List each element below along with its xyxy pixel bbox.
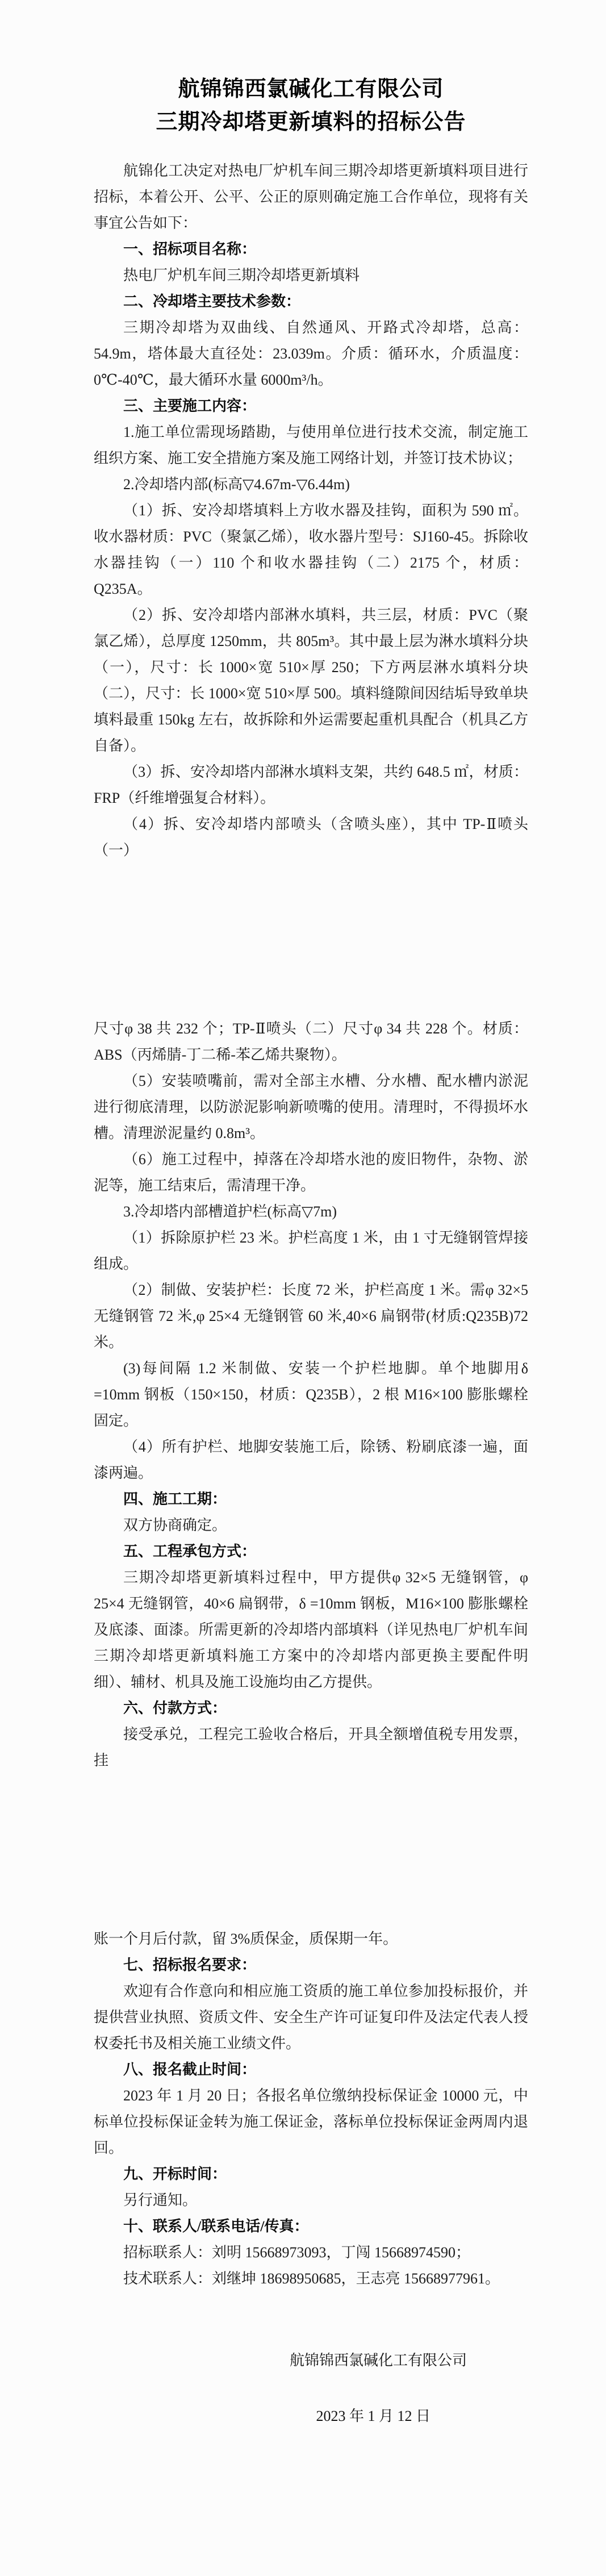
paragraph: （2）拆、安冷却塔内部淋水填料，共三层，材质：PVC（聚氯乙烯），总厚度 125… bbox=[94, 602, 528, 759]
section-heading: 三、主要施工内容： bbox=[94, 393, 528, 419]
section-heading: 二、冷却塔主要技术参数： bbox=[94, 289, 528, 315]
signature-date: 2023 年 1 月 12 日 bbox=[94, 2403, 528, 2429]
paragraph: （4）所有护栏、地脚安装施工后，除锈、粉刷底漆一遍，面漆两遍。 bbox=[94, 1434, 528, 1486]
document-title-line2: 三期冷却塔更新填料的招标公告 bbox=[94, 106, 528, 139]
page-break-gap bbox=[94, 1774, 528, 1926]
document-body: 航锦化工决定对热电厂炉机车间三期冷却塔更新填料项目进行招标，本着公开、公平、公正… bbox=[94, 158, 528, 2292]
paragraph: 1.施工单位需现场踏勘，与使用单位进行技术交流，制定施工组织方案、施工安全措施方… bbox=[94, 419, 528, 472]
page-break-gap bbox=[94, 864, 528, 1016]
paragraph: 招标联系人：刘明 15668973093，丁闯 15668974590； bbox=[94, 2240, 528, 2266]
signature-block: 航锦锦西氯碱化工有限公司 2023 年 1 月 12 日 bbox=[94, 2348, 528, 2429]
paragraph: （1）拆、安冷却塔填料上方收水器及挂钩，面积为 590 ㎡。收水器材质：PVC（… bbox=[94, 498, 528, 602]
paragraph: 欢迎有合作意向和相应施工资质的施工单位参加投标报价，并提供营业执照、资质文件、安… bbox=[94, 1978, 528, 2057]
paragraph: (3)每间隔 1.2 米制做、安装一个护栏地脚。单个地脚用δ =10mm 钢板（… bbox=[94, 1356, 528, 1434]
paragraph: 2.冷却塔内部(标高▽4.67m-▽6.44m) bbox=[94, 472, 528, 498]
section-heading: 九、开标时间： bbox=[94, 2161, 528, 2187]
section-heading: 一、招标项目名称： bbox=[94, 236, 528, 262]
section-heading: 七、招标报名要求： bbox=[94, 1952, 528, 1978]
document-page: 航锦锦西氯碱化工有限公司 三期冷却塔更新填料的招标公告 航锦化工决定对热电厂炉机… bbox=[0, 0, 606, 2576]
paragraph: 双方协商确定。 bbox=[94, 1512, 528, 1539]
section-heading: 五、工程承包方式： bbox=[94, 1539, 528, 1565]
document-title: 航锦锦西氯碱化工有限公司 三期冷却塔更新填料的招标公告 bbox=[94, 73, 528, 139]
section-heading: 八、报名截止时间： bbox=[94, 2057, 528, 2083]
paragraph: 账一个月后付款，留 3%质保金，质保期一年。 bbox=[94, 1926, 528, 1952]
paragraph: 热电厂炉机车间三期冷却塔更新填料 bbox=[94, 262, 528, 289]
paragraph: 三期冷却塔更新填料过程中，甲方提供φ 32×5 无缝钢管，φ 25×4 无缝钢管… bbox=[94, 1565, 528, 1695]
paragraph: 航锦化工决定对热电厂炉机车间三期冷却塔更新填料项目进行招标，本着公开、公平、公正… bbox=[94, 158, 528, 236]
document-title-line1: 航锦锦西氯碱化工有限公司 bbox=[94, 73, 528, 106]
section-heading: 十、联系人/联系电话/传真： bbox=[94, 2214, 528, 2240]
paragraph: （3）拆、安冷却塔内部淋水填料支架，共约 648.5 ㎡，材质：FRP（纤维增强… bbox=[94, 759, 528, 811]
section-heading: 四、施工工期： bbox=[94, 1486, 528, 1512]
paragraph: 3.冷却塔内部槽道护栏(标高▽7m) bbox=[94, 1199, 528, 1225]
paragraph: 接受承兑，工程完工验收合格后，开具全额增值税专用发票，挂 bbox=[94, 1721, 528, 1774]
paragraph: 技术联系人：刘继坤 18698950685，王志亮 15668977961。 bbox=[94, 2266, 528, 2292]
paragraph: （6）施工过程中，掉落在冷却塔水池的废旧物件，杂物、淤泥等，施工结束后，需清理干… bbox=[94, 1147, 528, 1199]
paragraph: 另行通知。 bbox=[94, 2187, 528, 2214]
paragraph: 三期冷却塔为双曲线、自然通风、开路式冷却塔，总高：54.9m，塔体最大直径处：2… bbox=[94, 315, 528, 393]
paragraph: （2）制做、安装护栏：长度 72 米，护栏高度 1 米。需φ 32×5 无缝钢管… bbox=[94, 1277, 528, 1356]
paragraph: 尺寸φ 38 共 232 个；TP-Ⅱ喷头（二）尺寸φ 34 共 228 个。材… bbox=[94, 1016, 528, 1068]
paragraph: （4）拆、安冷却塔内部喷头（含喷头座），其中 TP-Ⅱ喷头（一） bbox=[94, 811, 528, 864]
signature-company: 航锦锦西氯碱化工有限公司 bbox=[94, 2348, 528, 2374]
paragraph: （5）安装喷嘴前，需对全部主水槽、分水槽、配水槽内淤泥进行彻底清理，以防淤泥影响… bbox=[94, 1068, 528, 1147]
section-heading: 六、付款方式： bbox=[94, 1695, 528, 1721]
paragraph: 2023 年 1 月 20 日；各报名单位缴纳投标保证金 10000 元，中标单… bbox=[94, 2083, 528, 2161]
paragraph: （1）拆除原护栏 23 米。护栏高度 1 米，由 1 寸无缝钢管焊接组成。 bbox=[94, 1225, 528, 1277]
